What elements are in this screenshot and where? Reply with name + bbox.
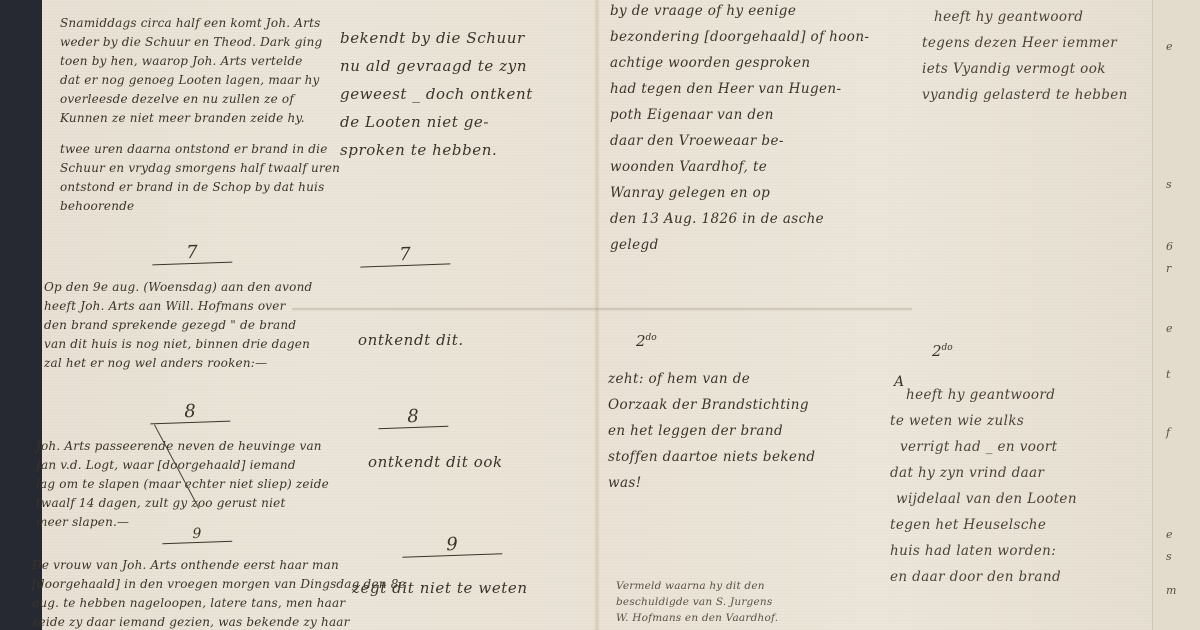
text-line: Kunnen ze niet meer branden zeide hy. [60,109,310,128]
text-line: lag om te slapen (maar echter niet sliep… [36,475,296,494]
text-line: sproken te hebben. [340,136,600,164]
text-line: twaalf 14 dagen, zult gy zoo gerust niet [36,494,296,513]
text-line: dat er nog genoeg Looten lagen, maar hy [60,71,310,90]
column-3: by de vraage of hy eenige bezondering [d… [610,0,900,258]
horizontal-fold-crease [292,307,912,311]
text-line: overleesde dezelve en nu zullen ze of [60,90,310,109]
text-line: Op den 9e aug. (Woensdag) aan den avond [44,278,304,297]
text-line: by de vraage of hy eenige [610,0,900,24]
manuscript-sheet: Snamiddags circa half een komt Joh. Arts… [42,0,1160,630]
text-line: daar den Vroeweaar be- [610,128,900,154]
text-line: heeft hy geantwoord [890,382,1140,408]
column-1-section-9: De vrouw van Joh. Arts onthende eerst ha… [32,556,294,630]
text-line: tegens dezen Heer iemmer [922,30,1162,56]
column-1-section-7: Op den 9e aug. (Woensdag) aan den avond … [44,278,304,373]
text-line: poth Eigenaar van den [610,102,900,128]
column-1-section-8: Joh. Arts passeerende neven de heuvinge … [36,437,296,532]
text-line: Schuur en vrydag smorgens half twaalf ur… [60,159,310,178]
text-line: te weten wie zulks [890,408,1140,434]
text-line: W. Hofmans en den Vaardhof. [616,610,876,626]
text-line: verrigt had _ en voort [890,434,1140,460]
text-line: den brand sprekende gezegd " de brand [44,316,304,335]
text-line: stoffen daartoe niets bekend [608,444,898,470]
text-line: gelegd [610,232,900,258]
text-line: Snamiddags circa half een komt Joh. Arts [60,14,310,33]
text-line: dat hy zyn vrind daar [890,460,1140,486]
answer-number-8: 8 [378,410,448,428]
text-line: De vrouw van Joh. Arts onthende eerst ha… [32,556,294,575]
text-line: bezondering [doorgehaald] of hoon- [610,24,900,50]
text-line: Vermeld waarna hy dit den [616,578,876,594]
text-line: en daar door den brand [890,564,1140,590]
text-line: weder by die Schuur en Theod. Dark ging [60,33,310,52]
answer-number-9: 9 [402,538,502,556]
text-line: wijdelaal van den Looten [890,486,1140,512]
section-number-8: 8 [150,405,230,423]
answer-number-7: 7 [360,248,450,266]
column-3-footnote: Vermeld waarna hy dit den beschuldigde v… [616,578,876,626]
column-4: heeft hy geantwoord tegens dezen Heer ie… [922,4,1162,108]
text-line: vyandig gelasterd te hebben [922,82,1162,108]
text-line: bekendt by die Schuur [340,24,600,52]
text-line: huis had laten worden: [890,538,1140,564]
section-number-7: 7 [152,246,232,264]
column-3-section-2do: zeht: of hem van de Oorzaak der Brandsti… [608,366,898,496]
text-line: Jan v.d. Logt, waar [doorgehaald] iemand [36,456,296,475]
answer-8: ontkendt dit ook [368,448,503,476]
section-heading-2do-col4: 2do [932,342,953,360]
column-4-section-2do: heeft hy geantwoord te weten wie zulks v… [890,382,1140,590]
text-line: ontstond er brand in de Schop by dat hui… [60,178,310,197]
answer-7: ontkendt dit. [358,326,464,354]
text-line: had tegen den Heer van Hugen- [610,76,900,102]
text-line: zeht: of hem van de [608,366,898,392]
column-1: Snamiddags circa half een komt Joh. Arts… [60,14,310,216]
text-line: Oorzaak der Brandstichting [608,392,898,418]
scan-background-left [0,0,48,630]
text-line: [doorgehaald] in den vroegen morgen van … [32,575,294,594]
text-line: behoorende [60,197,310,216]
text-line: ontkendt dit ook [368,448,503,476]
text-line: woonden Vaardhof, te [610,154,900,180]
text-line: ontkendt dit. [358,326,464,354]
answer-9: zegt dit niet te weten [352,574,528,602]
text-line: Wanray gelegen en op [610,180,900,206]
text-line: toen by hen, waarop Joh. Arts vertelde [60,52,310,71]
section-heading-2do: 2do [636,332,657,350]
text-line: twee uren daarna ontstond er brand in di… [60,140,310,159]
text-line: van dit huis is nog niet, binnen drie da… [44,335,304,354]
text-line: heeft hy geantwoord [922,4,1162,30]
text-line: de Looten niet ge- [340,108,600,136]
text-line: aug. te hebben nageloopen, latere tans, … [32,594,294,613]
column-2: bekendt by die Schuur nu ald gevraagd te… [340,24,600,164]
text-line: geweest _ doch ontkent [340,80,600,108]
text-line: beschuldigde van S. Jurgens [616,594,876,610]
text-line: en het leggen der brand [608,418,898,444]
text-line: was! [608,470,898,496]
page-edge-marks: e s 6 r e t f e s m [1160,0,1190,630]
text-line: den 13 Aug. 1826 in de asche [610,206,900,232]
text-line: achtige woorden gesproken [610,50,900,76]
text-line: tegen het Heuselsche [890,512,1140,538]
text-line: heeft Joh. Arts aan Will. Hofmans over [44,297,304,316]
text-line: iets Vyandig vermogt ook [922,56,1162,82]
text-line: zeide zy daar iemand gezien, was bekende… [32,613,294,630]
text-line: zal het er nog wel anders rooken:— [44,354,304,373]
text-line: zegt dit niet te weten [352,574,528,602]
text-line: nu ald gevraagd te zyn [340,52,600,80]
section-number-9: 9 [162,530,232,543]
